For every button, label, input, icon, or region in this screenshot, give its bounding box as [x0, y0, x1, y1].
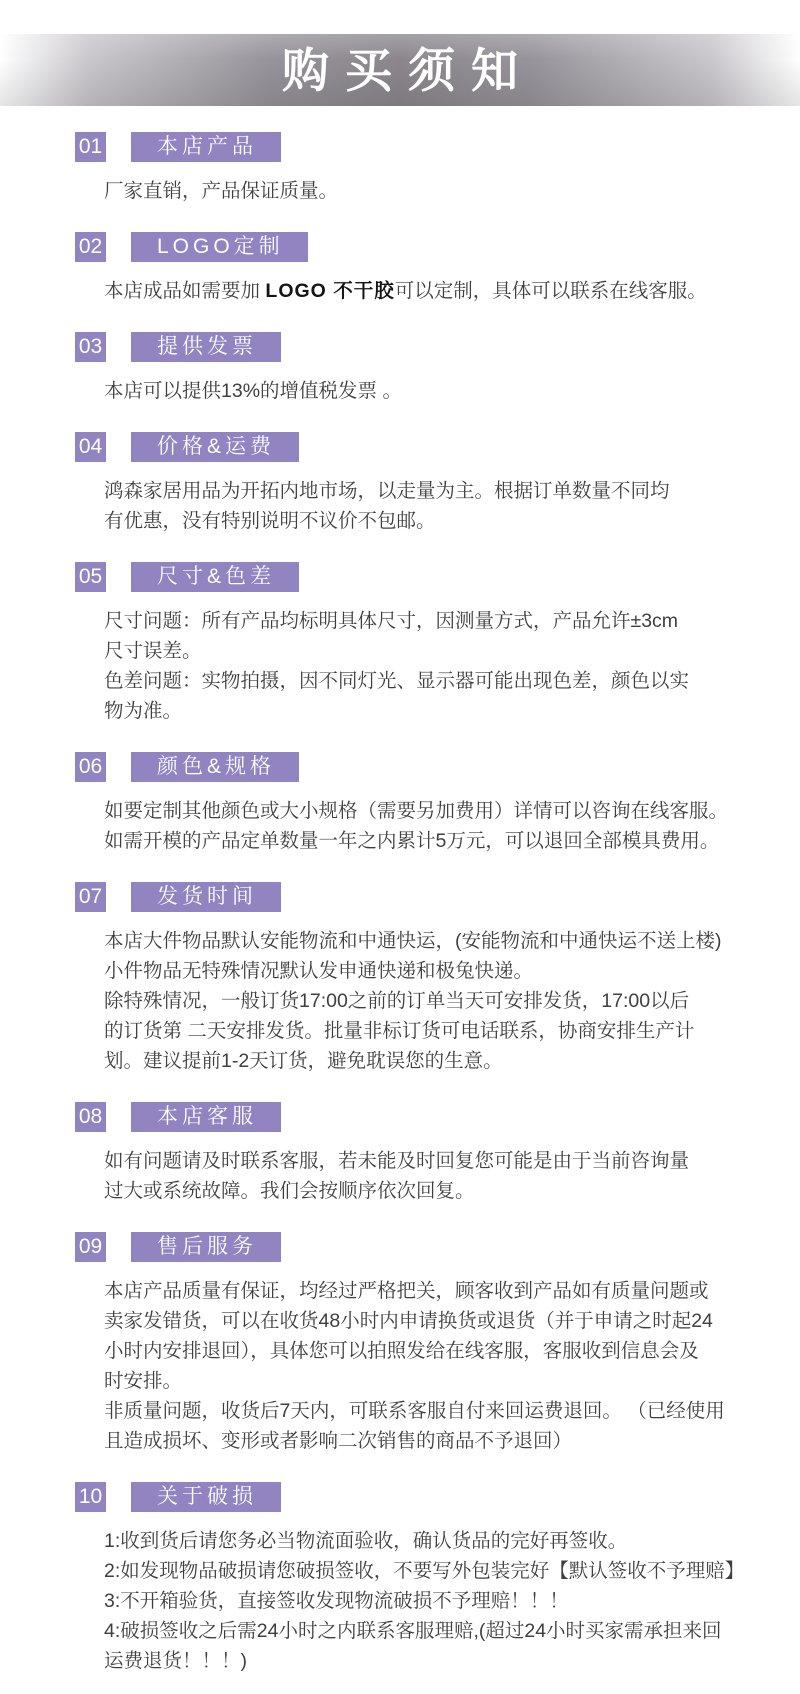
section-number-badge: 05: [75, 562, 106, 592]
section-price-shipping: 04 价格&运费 鸿森家居用品为开拓内地市场，以走量为主。根据订单数量不同均有优…: [0, 432, 800, 536]
text-line: 4:破损签收之后需24小时之内联系客服理赔,(超过24小时买家需承担来回: [104, 1616, 755, 1646]
text-line: 本店大件物品默认安能物流和中通快运，(安能物流和中通快运不送上楼): [104, 926, 755, 956]
text-line: 尺寸问题：所有产品均标明具体尺寸，因测量方式，产品允许±3cm: [104, 606, 755, 636]
section-body: 厂家直销，产品保证质量。: [104, 176, 755, 206]
section-title-bar: 颜色&规格: [131, 752, 299, 782]
section-color-spec: 06 颜色&规格 如要定制其他颜色或大小规格（需要另加费用）详情可以咨询在线客服…: [0, 752, 800, 856]
text-line: 本店成品如需要加 LOGO 不干胶可以定制，具体可以联系在线客服。: [104, 276, 755, 306]
section-size-color-diff: 05 尺寸&色差 尺寸问题：所有产品均标明具体尺寸，因测量方式，产品允许±3cm…: [0, 562, 800, 726]
section-title-bar: 本店客服: [131, 1102, 281, 1132]
text-line: 物为准。: [104, 696, 755, 726]
section-number-badge: 02: [75, 232, 106, 262]
section-body: 鸿森家居用品为开拓内地市场，以走量为主。根据订单数量不同均有优惠，没有特别说明不…: [104, 476, 755, 536]
section-body: 本店成品如需要加 LOGO 不干胶可以定制，具体可以联系在线客服。: [104, 276, 755, 306]
text-line: 色差问题：实物拍摄，因不同灯光、显示器可能出现色差，颜色以实: [104, 666, 755, 696]
text-line: 本店可以提供13%的增值税发票 。: [104, 376, 755, 406]
section-store-products: 01 本店产品 厂家直销，产品保证质量。: [0, 132, 800, 206]
section-body: 1:收到货后请您务必当物流面验收，确认货品的完好再签收。2:如发现物品破损请您破…: [104, 1526, 755, 1676]
bold-text-run: LOGO 不干胶: [265, 280, 394, 302]
section-title-bar: 本店产品: [131, 132, 281, 162]
section-title-bar: 提供发票: [131, 332, 281, 362]
section-after-sales: 09 售后服务 本店产品质量有保证，均经过严格把关，顾客收到产品如有质量问题或卖…: [0, 1232, 800, 1456]
section-damage-policy: 10 关于破损 1:收到货后请您务必当物流面验收，确认货品的完好再签收。2:如发…: [0, 1482, 800, 1676]
section-header: 10 关于破损: [75, 1482, 800, 1512]
section-title-bar: 关于破损: [131, 1482, 281, 1512]
text-line: 厂家直销，产品保证质量。: [104, 176, 755, 206]
section-number-badge: 01: [75, 132, 106, 162]
section-number-badge: 09: [75, 1232, 106, 1262]
section-header: 09 售后服务: [75, 1232, 800, 1262]
section-title-bar: LOGO定制: [131, 232, 308, 262]
text-line: 鸿森家居用品为开拓内地市场，以走量为主。根据订单数量不同均: [104, 476, 755, 506]
text-line: 如要定制其他颜色或大小规格（需要另加费用）详情可以咨询在线客服。: [104, 796, 755, 826]
text-line: 非质量问题，收货后7天内，可联系客服自付来回运费退回。 （已经使用: [104, 1396, 755, 1426]
section-delivery-time: 07 发货时间 本店大件物品默认安能物流和中通快运，(安能物流和中通快运不送上楼…: [0, 882, 800, 1076]
section-body: 如有问题请及时联系客服，若未能及时回复您可能是由于当前咨询量过大或系统故障。我们…: [104, 1146, 755, 1206]
text-line: 3:不开箱验货，直接签收发现物流破损不予理赔！！！: [104, 1586, 755, 1616]
text-line: 尺寸误差。: [104, 636, 755, 666]
section-body: 尺寸问题：所有产品均标明具体尺寸，因测量方式，产品允许±3cm尺寸误差。色差问题…: [104, 606, 755, 726]
section-number-badge: 07: [75, 882, 106, 912]
section-invoice: 03 提供发票 本店可以提供13%的增值税发票 。: [0, 332, 800, 406]
text-line: 除特殊情况，一般订货17:00之前的订单当天可安排发货，17:00以后: [104, 986, 755, 1016]
section-title-bar: 价格&运费: [131, 432, 299, 462]
section-title-bar: 尺寸&色差: [131, 562, 299, 592]
text-line: 的订货第 二天安排发货。批量非标订货可电话联系，协商安排生产计: [104, 1016, 755, 1046]
text-line: 2:如发现物品破损请您破损签收，不要写外包装完好【默认签收不予理赔】: [104, 1556, 755, 1586]
text-line: 过大或系统故障。我们会按顺序依次回复。: [104, 1176, 755, 1206]
section-title-bar: 售后服务: [131, 1232, 281, 1262]
text-run: 可以定制，具体可以联系在线客服。: [395, 280, 707, 302]
text-line: 小时内安排退回），具体您可以拍照发给在线客服，客服收到信息会及: [104, 1336, 755, 1366]
text-line: 1:收到货后请您务必当物流面验收，确认货品的完好再签收。: [104, 1526, 755, 1556]
section-header: 08 本店客服: [75, 1102, 800, 1132]
section-header: 04 价格&运费: [75, 432, 800, 462]
section-body: 如要定制其他颜色或大小规格（需要另加费用）详情可以咨询在线客服。如需开模的产品定…: [104, 796, 755, 856]
section-header: 06 颜色&规格: [75, 752, 800, 782]
section-header: 07 发货时间: [75, 882, 800, 912]
text-run: 本店成品如需要加: [104, 280, 265, 302]
section-customer-service: 08 本店客服 如有问题请及时联系客服，若未能及时回复您可能是由于当前咨询量过大…: [0, 1102, 800, 1206]
section-number-badge: 10: [75, 1482, 106, 1512]
section-number-badge: 03: [75, 332, 106, 362]
section-number-badge: 06: [75, 752, 106, 782]
text-line: 且造成损坏、变形或者影响二次销售的商品不予退回）: [104, 1426, 755, 1456]
section-body: 本店产品质量有保证，均经过严格把关，顾客收到产品如有质量问题或卖家发错货，可以在…: [104, 1276, 755, 1456]
text-line: 本店产品质量有保证，均经过严格把关，顾客收到产品如有质量问题或: [104, 1276, 755, 1306]
text-line: 如有问题请及时联系客服，若未能及时回复您可能是由于当前咨询量: [104, 1146, 755, 1176]
page-banner: 购买须知: [0, 34, 800, 106]
section-header: 01 本店产品: [75, 132, 800, 162]
text-line: 运费退货！！！): [104, 1646, 755, 1676]
text-line: 有优惠，没有特别说明不议价不包邮。: [104, 506, 755, 536]
section-logo-custom: 02 LOGO定制 本店成品如需要加 LOGO 不干胶可以定制，具体可以联系在线…: [0, 232, 800, 306]
section-header: 03 提供发票: [75, 332, 800, 362]
text-line: 如需开模的产品定单数量一年之内累计5万元，可以退回全部模具费用。: [104, 826, 755, 856]
text-line: 小件物品无特殊情况默认发申通快递和极兔快递。: [104, 956, 755, 986]
section-title-bar: 发货时间: [131, 882, 281, 912]
text-line: 时安排。: [104, 1366, 755, 1396]
section-header: 02 LOGO定制: [75, 232, 800, 262]
page-title: 购买须知: [266, 47, 534, 94]
purchase-notice-page: 购买须知 01 本店产品 厂家直销，产品保证质量。 02 LOGO定制 本店成品…: [0, 0, 800, 1694]
text-line: 卖家发错货，可以在收货48小时内申请换货或退货（并于申请之时起24: [104, 1306, 755, 1336]
section-body: 本店大件物品默认安能物流和中通快运，(安能物流和中通快运不送上楼)小件物品无特殊…: [104, 926, 755, 1076]
section-header: 05 尺寸&色差: [75, 562, 800, 592]
section-body: 本店可以提供13%的增值税发票 。: [104, 376, 755, 406]
section-number-badge: 04: [75, 432, 106, 462]
text-line: 划。建议提前1-2天订货，避免耽误您的生意。: [104, 1046, 755, 1076]
section-number-badge: 08: [75, 1102, 106, 1132]
